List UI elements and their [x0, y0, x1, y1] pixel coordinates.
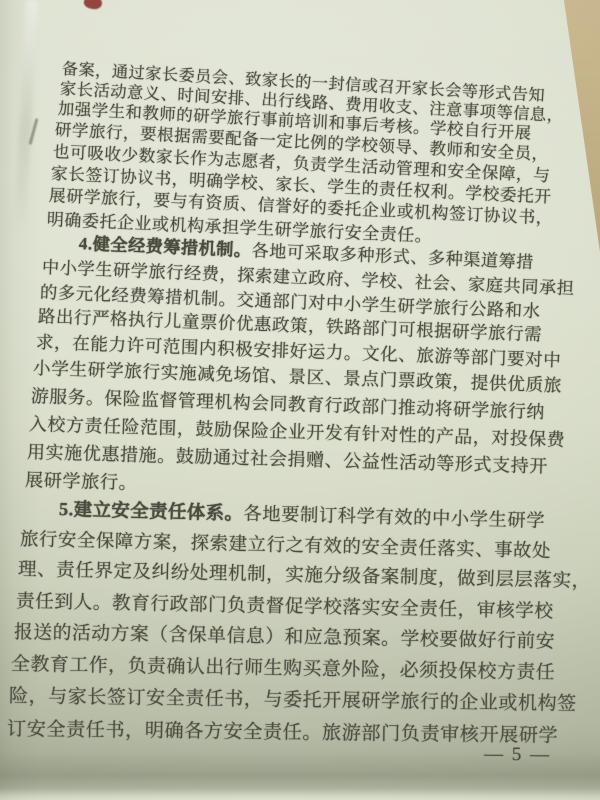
- section-heading: 5.建立安全责任体系。: [59, 499, 244, 524]
- photographed-document-page: 备案，通过家长委员会、致家长的一封信或召开家长会等形式告知家长活动意义、时间安排…: [0, 0, 600, 800]
- page-number: — 5 —: [484, 744, 551, 767]
- document-line: 险，与家长签订安全责任书，与委托开展研学旅行的企业或机构签: [9, 681, 577, 716]
- document-line: 报送的活动方案（含保单信息）和应急预案。学校要做好行前安: [13, 617, 555, 653]
- document-line: 责任到人。教育行政部门负责督促学校落实安全责任，审核学校: [16, 586, 554, 623]
- document-line: 全教育工作，负责确认出行师生购买意外险，必须投保校方责任: [11, 649, 556, 685]
- document-text-block: 备案，通过家长委员会、致家长的一封信或召开家长会等形式告知家长活动意义、时间安排…: [0, 0, 600, 800]
- document-line: 订安全责任书，明确各方安全责任。旅游部门负责审核开展研学: [7, 714, 559, 748]
- document-line: 展研学旅行。: [24, 466, 137, 495]
